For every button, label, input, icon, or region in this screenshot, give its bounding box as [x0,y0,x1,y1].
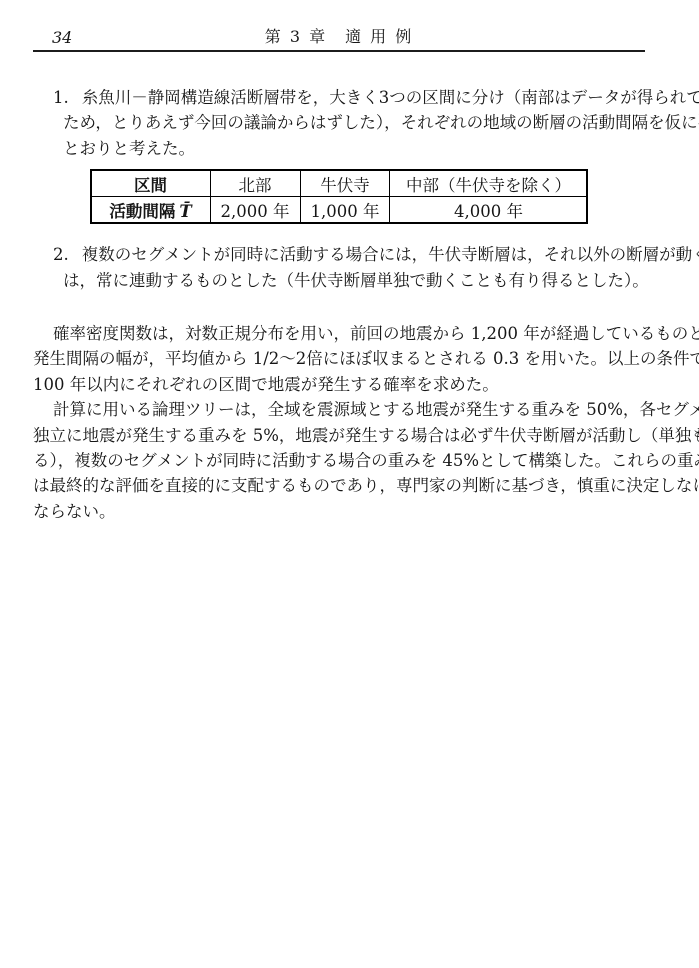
table-header-hokubu: 北部 [210,170,300,197]
paragraph-2-line-1: 計算に用いる論理ツリーは，全域を震源域とする地震が発生する重みを 50%，各セグ… [33,397,645,422]
list-item-2: 2.複数のセグメントが同時に活動する場合には，牛伏寺断層は，それ以外の断層が動く… [33,242,645,293]
list-item-2-line-2: は，常に連動するものとした（牛伏寺断層単独で動くことも有り得るとした）。 [63,268,645,293]
table-data-row: 活動間隔T̄ 2,000 年 1,000 年 4,000 年 [91,197,588,224]
table-row-label: 活動間隔T̄ [91,197,211,224]
list-item-2-text: 複数のセグメントが同時に活動する場合には，牛伏寺断層は，それ以外の断層が動くとき [82,245,699,264]
document-page: 34 第 3 章 適 用 例 1.糸魚川－静岡構造線活断層帯を，大きく3つの区間… [0,0,699,968]
table-value-ushibuse: 1,000 年 [300,197,390,224]
paragraph-2: 計算に用いる論理ツリーは，全域を震源域とする地震が発生する重みを 50%，各セグ… [33,397,645,524]
list-item-1-line-1: 1.糸魚川－静岡構造線活断層帯を，大きく3つの区間に分け（南部はデータが得られて… [53,85,645,110]
paragraph-1-line-3: 100 年以内にそれぞれの区間で地震が発生する確率を求めた。 [33,372,645,397]
list-item-1-line-2: ため，とりあえず今回の議論からはずした），それぞれの地域の断層の活動間隔を仮に次… [63,110,645,135]
list-item-1-number: 1. [53,85,69,110]
list-item-2-line-1: 2.複数のセグメントが同時に活動する場合には，牛伏寺断層は，それ以外の断層が動く… [53,242,645,267]
paragraph-2-line-5: ならない。 [33,499,645,524]
list-item-1-text: 糸魚川－静岡構造線活断層帯を，大きく3つの区間に分け（南部はデータが得られていな… [82,88,699,107]
running-head: 34 第 3 章 適 用 例 [33,28,645,52]
table-header-ushibuse: 牛伏寺 [300,170,390,197]
table-header-chubu: 中部（牛伏寺を除く） [390,170,588,197]
t-bar-symbol: T̄ [179,202,191,221]
table-value-hokubu: 2,000 年 [210,197,300,224]
activity-interval-table: 区間 北部 牛伏寺 中部（牛伏寺を除く） 活動間隔T̄ 2,000 年 1,00… [90,169,589,224]
chapter-title: 第 3 章 適 用 例 [33,24,645,47]
paragraph-2-line-4: は最終的な評価を直接的に支配するものであり，専門家の判断に基づき，慎重に決定しな… [33,473,645,498]
table-wrapper: 区間 北部 牛伏寺 中部（牛伏寺を除く） 活動間隔T̄ 2,000 年 1,00… [33,169,645,224]
list-item-1-line-3: とおりと考えた。 [63,136,645,161]
table-row-label-text: 活動間隔 [109,202,175,221]
list-item-2-number: 2. [53,242,69,267]
table-value-chubu: 4,000 年 [390,197,588,224]
table-header-row: 区間 北部 牛伏寺 中部（牛伏寺を除く） [91,170,588,197]
paragraph-1-line-2: 発生間隔の幅が，平均値から 1/2～2倍にほぼ収まるとされる 0.3 を用いた。… [33,346,645,371]
paragraph-2-line-2: 独立に地震が発生する重みを 5%，地震が発生する場合は必ず牛伏寺断層が活動し（単… [33,423,645,448]
list-item-1: 1.糸魚川－静岡構造線活断層帯を，大きく3つの区間に分け（南部はデータが得られて… [33,85,645,161]
paragraph-2-line-3: る），複数のセグメントが同時に活動する場合の重みを 45%として構築した。これら… [33,448,645,473]
table-header-kukan: 区間 [91,170,211,197]
paragraph-1-line-1: 確率密度関数は，対数正規分布を用い，前回の地震から 1,200 年が経過している… [33,321,645,346]
paragraph-1: 確率密度関数は，対数正規分布を用い，前回の地震から 1,200 年が経過している… [33,321,645,397]
